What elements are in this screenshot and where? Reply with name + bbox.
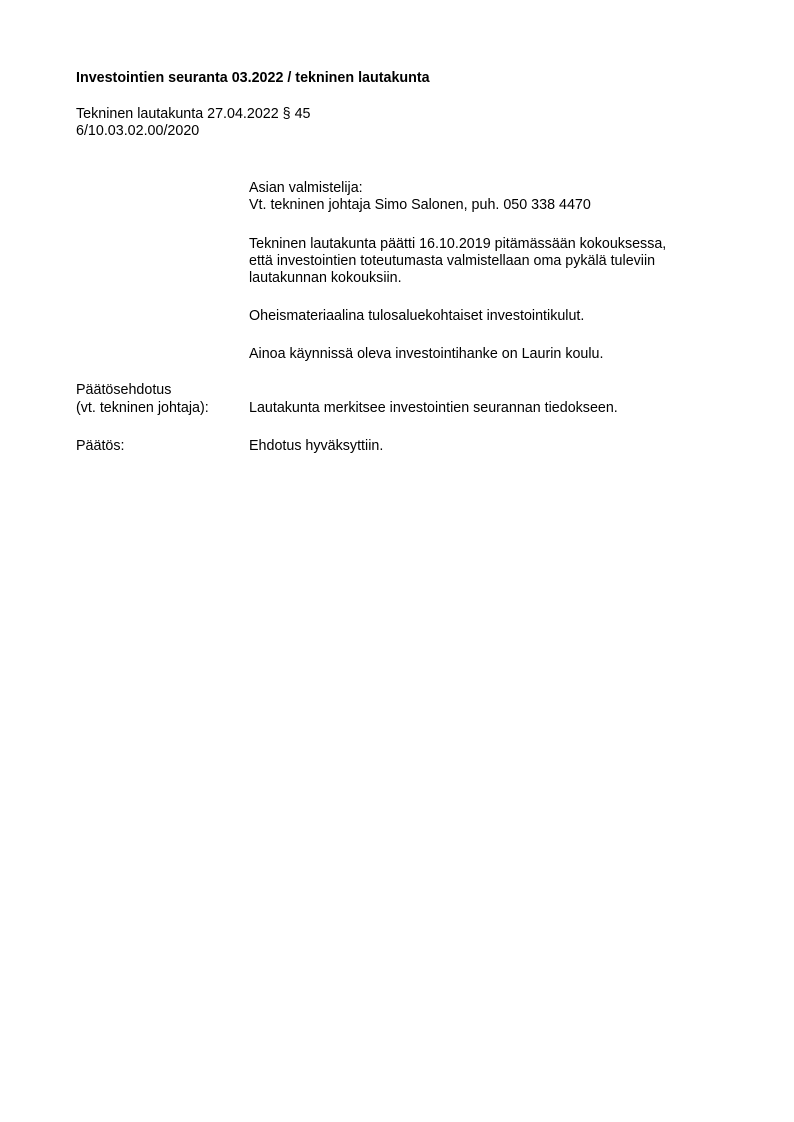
decision-label: Päätös: [76,438,124,455]
body-paragraph-1-line-2: että investointien toteutumasta valmiste… [249,253,655,270]
record-number: 6/10.03.02.00/2020 [76,123,199,140]
preparer-label: Asian valmistelija: [249,180,363,197]
preparer-value: Vt. tekninen johtaja Simo Salonen, puh. … [249,197,591,214]
body-paragraph-3: Ainoa käynnissä oleva investointihanke o… [249,346,603,363]
meeting-line: Tekninen lautakunta 27.04.2022 § 45 [76,106,311,123]
body-paragraph-2: Oheismateriaalina tulosaluekohtaiset inv… [249,308,584,325]
proposal-label-2: (vt. tekninen johtaja): [76,400,209,417]
proposal-text: Lautakunta merkitsee investointien seura… [249,400,618,417]
decision-text: Ehdotus hyväksyttiin. [249,438,383,455]
proposal-label-1: Päätösehdotus [76,382,171,399]
body-paragraph-1-line-1: Tekninen lautakunta päätti 16.10.2019 pi… [249,236,666,253]
body-paragraph-1-line-3: lautakunnan kokouksiin. [249,270,402,287]
document-title: Investointien seuranta 03.2022 / teknine… [76,70,430,87]
